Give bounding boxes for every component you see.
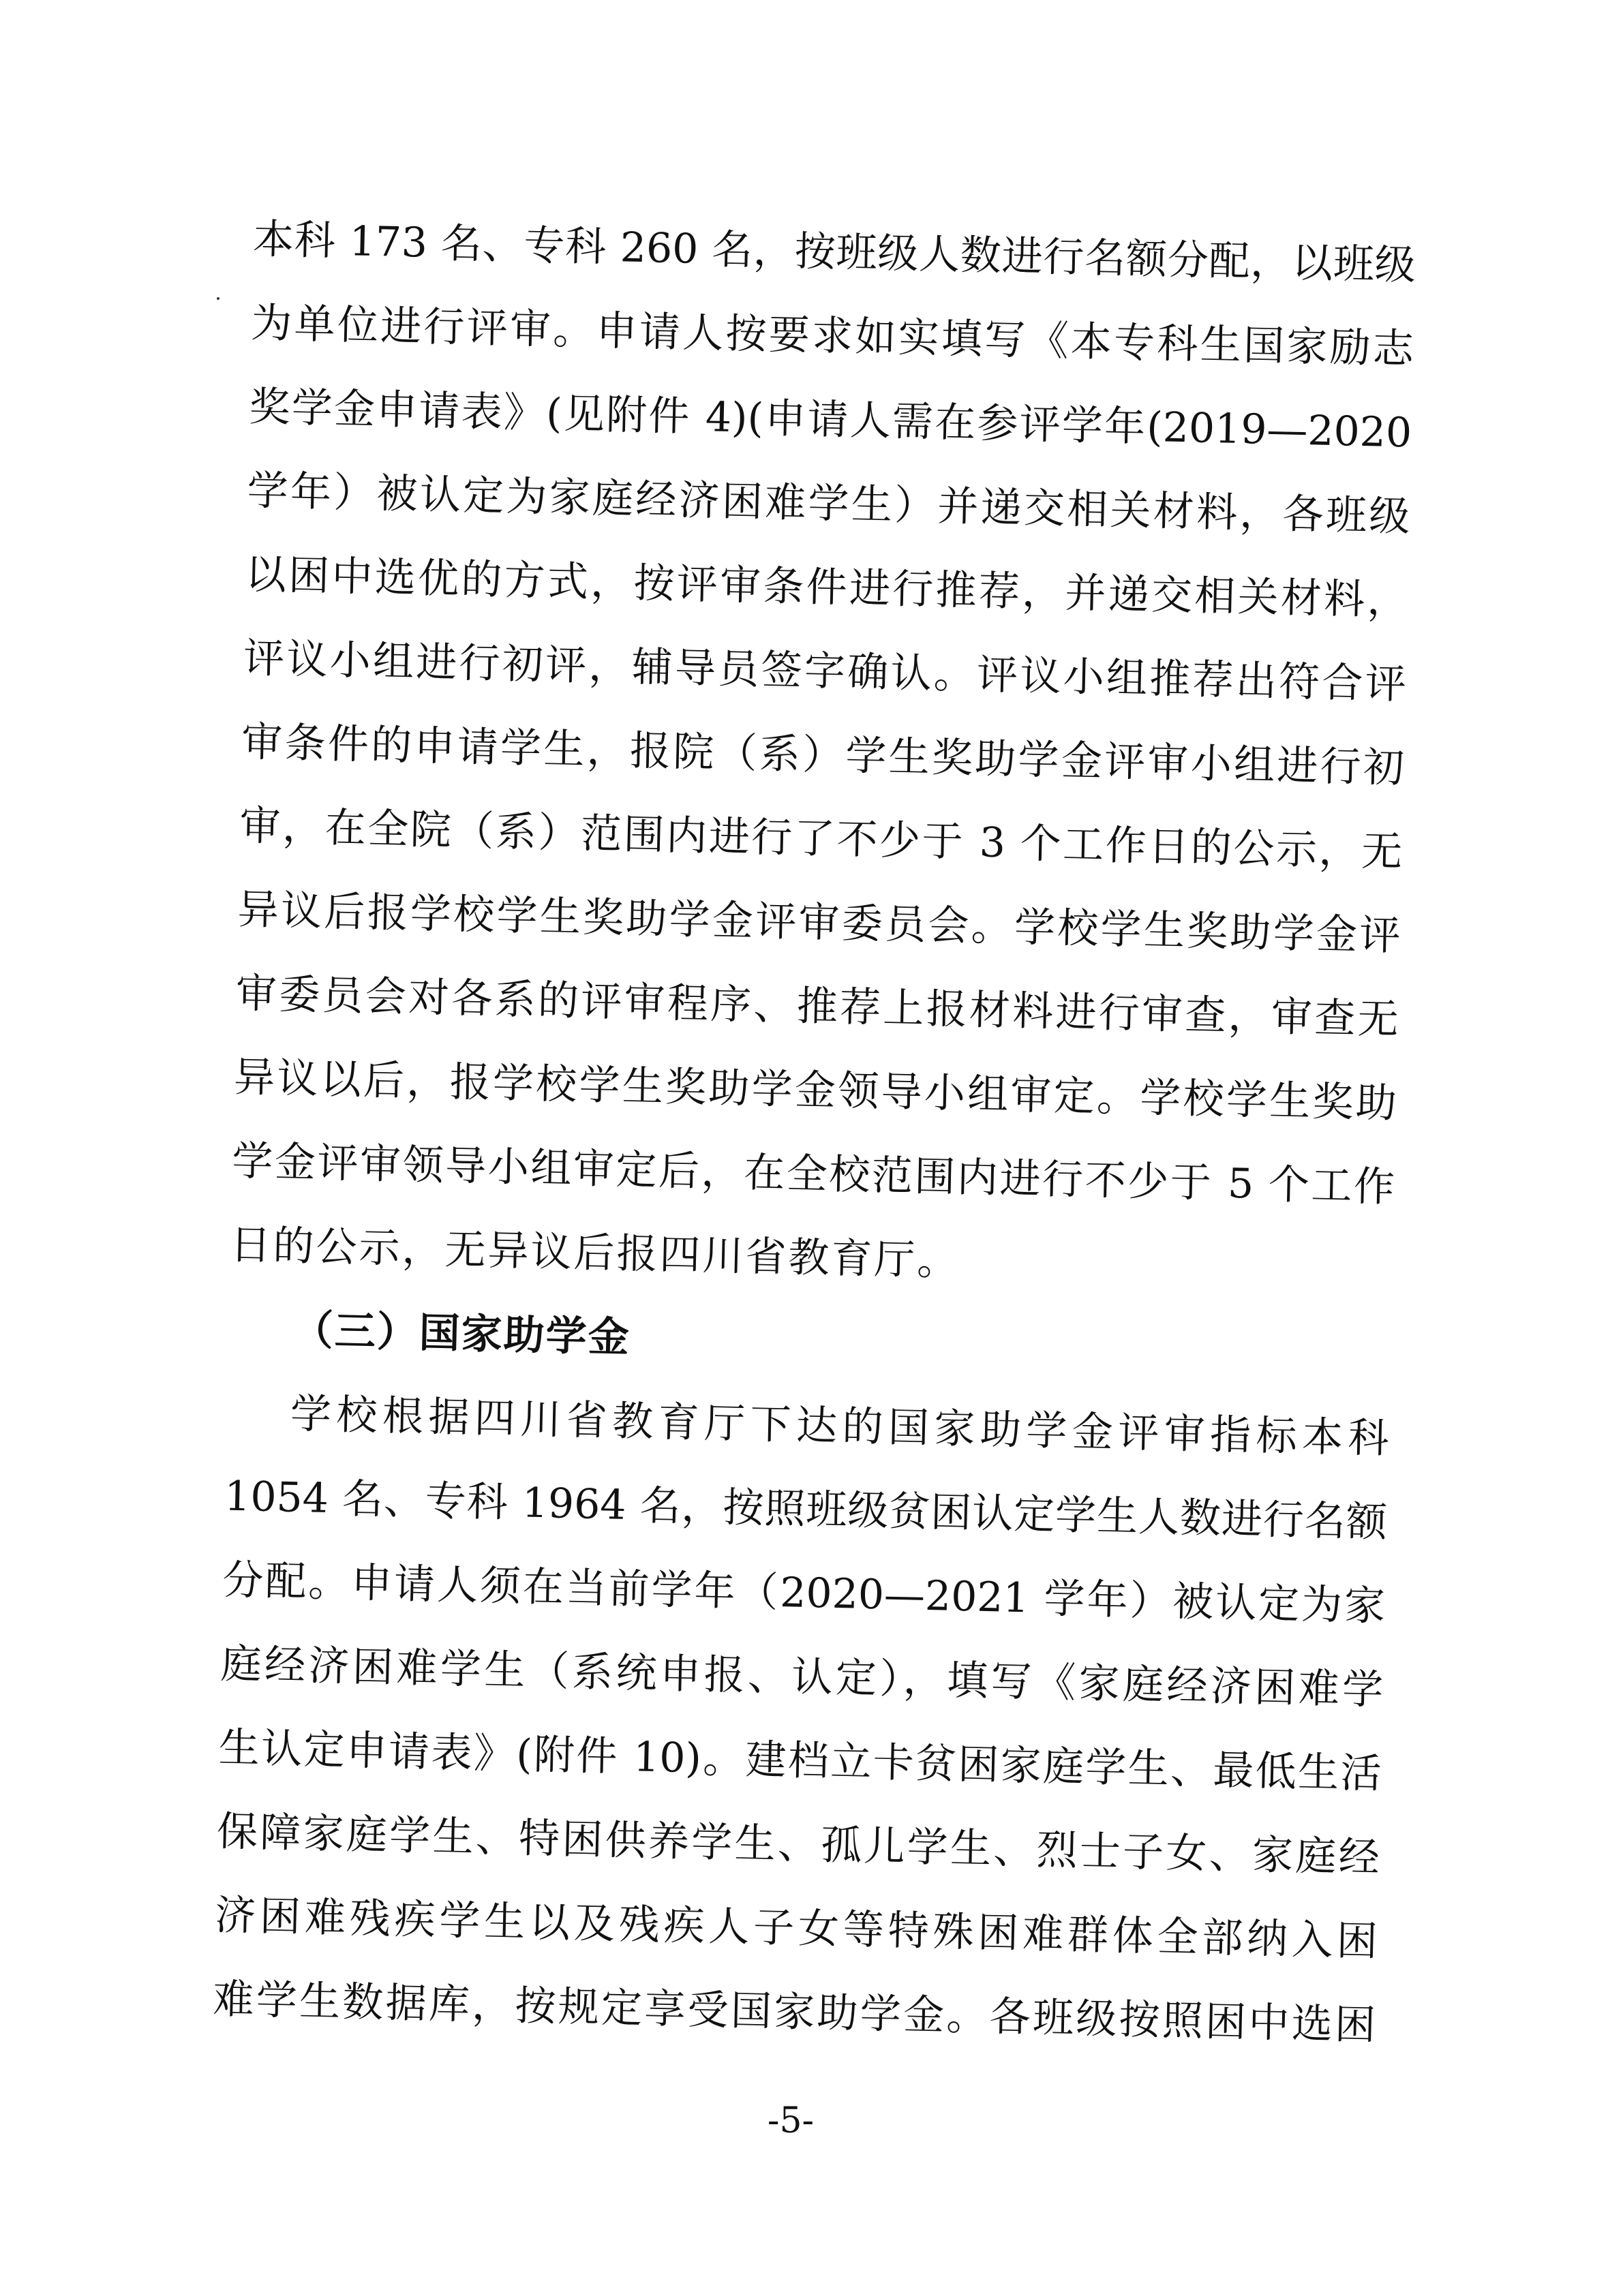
page-number: -5- bbox=[757, 2100, 825, 2141]
document-page: 本科 173 名、专科 260 名，按班级人数进行名额分配，以班级 为单位进行评… bbox=[0, 0, 1623, 2296]
body-text: 本科 173 名、专科 260 名，按班级人数进行名额分配，以班级 为单位进行评… bbox=[212, 213, 1416, 2083]
scan-speck bbox=[217, 297, 219, 300]
